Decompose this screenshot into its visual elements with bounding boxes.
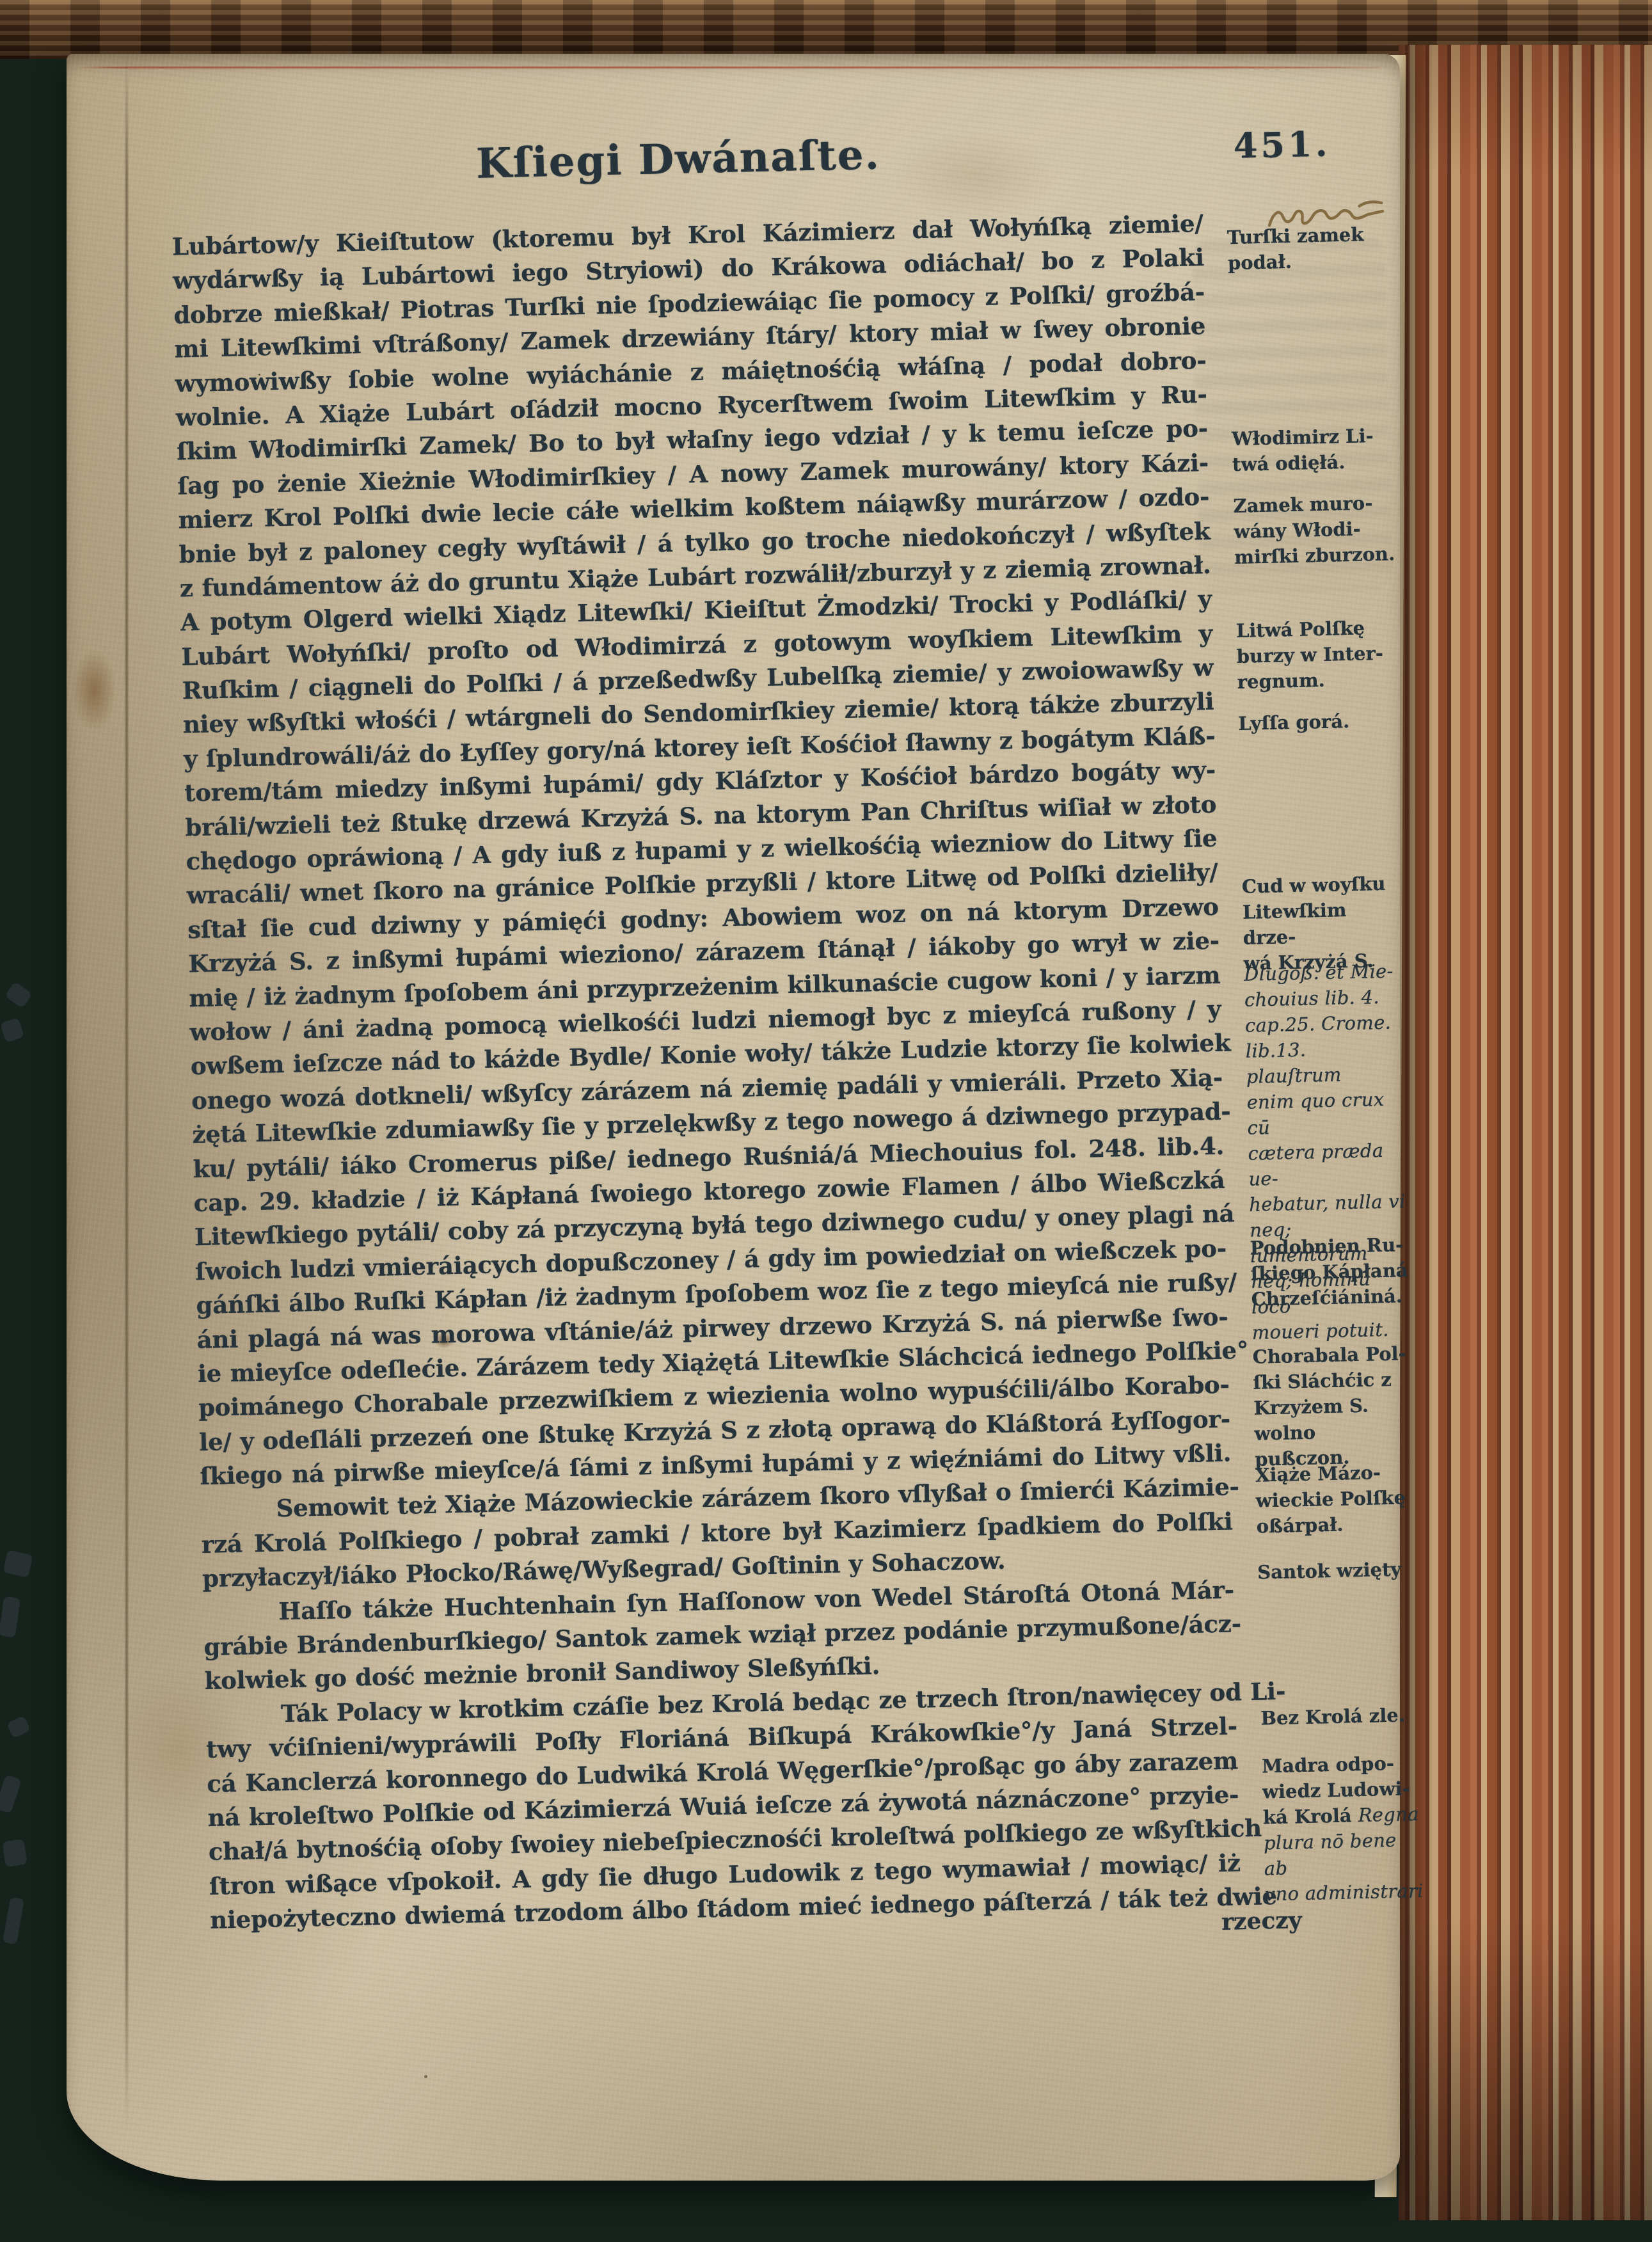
page-number: 451. — [1233, 123, 1331, 166]
gutter-ink-fragment — [4, 982, 33, 1008]
gutter-ink-fragment — [3, 1550, 33, 1578]
catchword: rzeczy — [1166, 1907, 1302, 1937]
book-fore-edge-pages — [1399, 45, 1652, 2220]
gutter-ink-fragment — [0, 1774, 22, 1813]
margin-note: Santok wzięty — [1257, 1556, 1419, 1586]
printed-content: Kſiegi Dwánaſte. 451. Lubártow/y Kieiſtu… — [43, 39, 1424, 2195]
margin-note: Włodimirz Li- twá odięłá. — [1232, 422, 1394, 477]
gutter-ink-fragment — [0, 1596, 20, 1637]
book-page: Kſiegi Dwánaſte. 451. Lubártow/y Kieiſtu… — [67, 54, 1400, 2181]
margin-note: Chorabala Pol- ſki Sláchćic z Krzyżem S.… — [1252, 1340, 1416, 1472]
handwritten-annotation — [1264, 191, 1388, 241]
margin-note: Litwá Polſkę burzy w Inter- regnum. — [1236, 614, 1399, 695]
main-text-block: Lubártow/y Kieiſtutow (ktoremu był Krol … — [171, 207, 1241, 1937]
gutter-ink-fragment — [6, 1715, 31, 1738]
margin-note: Zamek muro- wány Włodi- mirſki zburzon. — [1233, 489, 1396, 570]
margin-note: Bez Krolá zle. — [1260, 1702, 1422, 1731]
gutter-ink-fragment — [3, 1897, 24, 1945]
gutter-ink-fragment — [0, 1017, 24, 1043]
gutter-ink-fragment — [2, 1839, 27, 1867]
margin-note: Madra odpo- wiedz Ludowi- ká Krolá Regna… — [1262, 1750, 1426, 1907]
margin-note: Podobnien Ru- ſkiego Kápłaná Chrzeſćiáni… — [1250, 1232, 1413, 1312]
margin-note: Lyſſa gorá. — [1238, 707, 1400, 736]
margin-note: Xiąże Mázo- wieckie Polſkę oßárpał. — [1255, 1459, 1418, 1539]
running-header: Kſiegi Dwánaſte. — [428, 130, 928, 189]
